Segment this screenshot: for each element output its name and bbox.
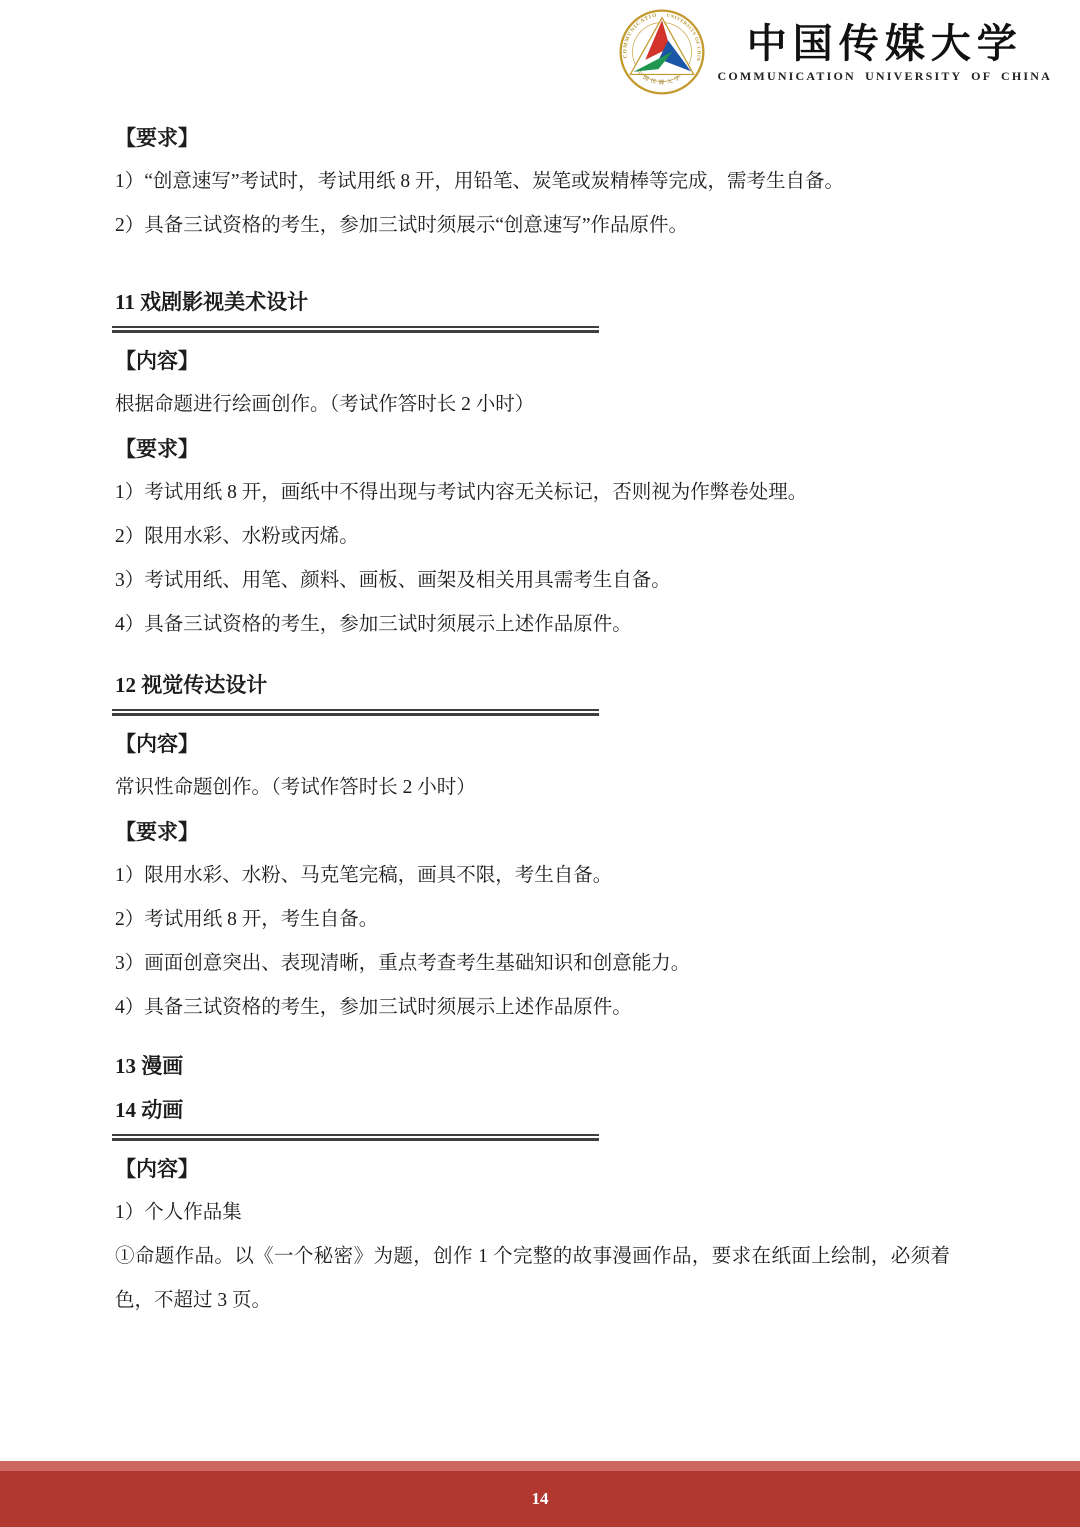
requirement-item: 1）限用水彩、水粉、马克笔完稿，画具不限，考生自备。: [115, 854, 950, 898]
requirement-item: 2）具备三试资格的考生，参加三试时须展示“创意速写”作品原件。: [115, 204, 950, 248]
section-divider-rule: [112, 1134, 599, 1141]
content-text: 常识性命题创作。（考试作答时长 2 小时）: [115, 766, 950, 810]
requirements-label: 【要求】: [115, 810, 950, 854]
requirement-item: 1）“创意速写”考试时，考试用纸 8 开，用铅笔、炭笔或炭精棒等完成，需考生自备…: [115, 160, 950, 204]
requirement-item: 2）限用水彩、水粉或丙烯。: [115, 515, 950, 559]
university-seal-icon: COMMUNICATION UNIVERSITY OF CHINA 中国传媒大学: [618, 8, 706, 96]
requirement-item: 1）考试用纸 8 开，画纸中不得出现与考试内容无关标记，否则视为作弊卷处理。: [115, 471, 950, 515]
document-page: COMMUNICATION UNIVERSITY OF CHINA 中国传媒大学…: [0, 0, 1080, 1527]
section-11: 11 戏剧影视美术设计 【内容】 根据命题进行绘画创作。（考试作答时长 2 小时…: [115, 280, 950, 647]
university-wordmark: 中国传媒大学 COMMUNICATION UNIVERSITY OF CHINA: [718, 20, 1053, 84]
section-divider-rule: [112, 709, 599, 716]
section-12-title: 12 视觉传达设计: [115, 663, 950, 707]
content-label: 【内容】: [115, 1147, 950, 1191]
section-13-title: 13 漫画: [115, 1044, 950, 1088]
document-body: 【要求】 1）“创意速写”考试时，考试用纸 8 开，用铅笔、炭笔或炭精棒等完成，…: [115, 116, 950, 1323]
section-14-title: 14 动画: [115, 1088, 950, 1132]
requirement-item: 2）考试用纸 8 开，考生自备。: [115, 898, 950, 942]
content-item: ①命题作品。以《一个秘密》为题，创作 1 个完整的故事漫画作品，要求在纸面上绘制…: [115, 1235, 950, 1323]
university-name-en: COMMUNICATION UNIVERSITY OF CHINA: [718, 69, 1053, 84]
requirement-item: 4）具备三试资格的考生，参加三试时须展示上述作品原件。: [115, 603, 950, 647]
section-12: 12 视觉传达设计 【内容】 常识性命题创作。（考试作答时长 2 小时） 【要求…: [115, 663, 950, 1030]
footer-bar: 14: [0, 1471, 1080, 1527]
footer-accent-strip: [0, 1461, 1080, 1471]
requirements-label: 【要求】: [115, 427, 950, 471]
content-label: 【内容】: [115, 339, 950, 383]
section-11-title: 11 戏剧影视美术设计: [115, 280, 950, 324]
requirement-item: 4）具备三试资格的考生，参加三试时须展示上述作品原件。: [115, 986, 950, 1030]
content-item: 1）个人作品集: [115, 1191, 950, 1235]
requirements-label: 【要求】: [115, 116, 950, 160]
page-header: COMMUNICATION UNIVERSITY OF CHINA 中国传媒大学…: [618, 8, 1053, 96]
requirement-item: 3）考试用纸、用笔、颜料、画板、画架及相关用具需考生自备。: [115, 559, 950, 603]
section-divider-rule: [112, 326, 599, 333]
content-text: 根据命题进行绘画创作。（考试作答时长 2 小时）: [115, 383, 950, 427]
page-number: 14: [532, 1489, 549, 1509]
section-13-14: 13 漫画 14 动画 【内容】 1）个人作品集 ①命题作品。以《一个秘密》为题…: [115, 1044, 950, 1323]
page-footer: 14: [0, 1461, 1080, 1527]
intro-requirements-block: 【要求】 1）“创意速写”考试时，考试用纸 8 开，用铅笔、炭笔或炭精棒等完成，…: [115, 116, 950, 248]
content-label: 【内容】: [115, 722, 950, 766]
university-name-cn: 中国传媒大学: [747, 20, 1023, 68]
requirement-item: 3）画面创意突出、表现清晰，重点考查考生基础知识和创意能力。: [115, 942, 950, 986]
